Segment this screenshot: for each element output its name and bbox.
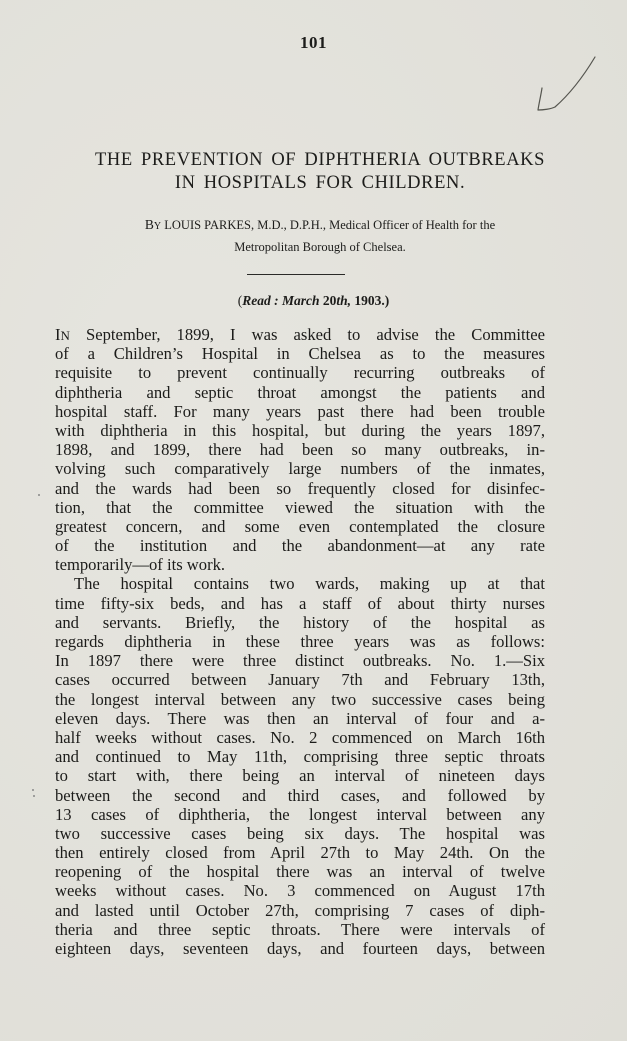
body-line: 13 cases of diphtheria, the longest inte… [55, 805, 545, 824]
body-line: In 1897 there were three distinct outbre… [55, 651, 545, 670]
body-line: of a Children’s Hospital in Chelsea as t… [55, 344, 545, 363]
byline-line-1: BY LOUIS PARKES, M.D., D.P.H., Medical O… [40, 215, 600, 237]
body-line: tion, that the committee viewed the situ… [55, 498, 545, 517]
body-line: IN September, 1899, I was asked to advis… [55, 325, 545, 344]
body-line: diphtheria and septic throat amongst the… [55, 383, 545, 402]
body-line: 1898, and 1899, there had been so many o… [55, 440, 545, 459]
read-label: Read : March [242, 293, 319, 308]
read-day: 20 [323, 293, 337, 308]
body-line: theria and three septic throats. There w… [55, 920, 545, 939]
title-line-1: THE PREVENTION OF DIPHTHERIA OUTBREAKS [40, 149, 600, 172]
byline-by-rest: Y [154, 221, 161, 232]
body-line: eighteen days, seventeen days, and fourt… [55, 939, 545, 958]
body-line: of the institution and the abandonment—a… [55, 536, 545, 555]
body-line: weeks without cases. No. 3 commenced on … [55, 881, 545, 900]
byline-author: LOUIS PARKES, M.D., D.P.H., Medical Offi… [164, 218, 495, 232]
body-line: volving such comparatively large numbers… [55, 459, 545, 478]
read-year: 1903.) [354, 293, 389, 308]
body-line: half weeks without cases. No. 2 commence… [55, 728, 545, 747]
body-line: time fifty-six beds, and has a staff of … [55, 594, 545, 613]
handwritten-checkmark-icon [533, 55, 598, 115]
body-line: eleven days. There was then an interval … [55, 709, 545, 728]
body-line: and servants. Briefly, the history of th… [55, 613, 545, 632]
byline-line-2: Metropolitan Borough of Chelsea. [40, 237, 600, 257]
body-line: and lasted until October 27th, comprisin… [55, 901, 545, 920]
title-line-2: IN HOSPITALS FOR CHILDREN. [40, 172, 600, 195]
body-line: to start with, there being an interval o… [55, 766, 545, 785]
body-line: reopening of the hospital there was an i… [55, 862, 545, 881]
body-line: and continued to May 11th, comprising th… [55, 747, 545, 766]
read-date: (Read : March 20th, 1903.) [0, 293, 627, 309]
author-byline: BY LOUIS PARKES, M.D., D.P.H., Medical O… [40, 215, 600, 257]
body-line: between the second and third cases, and … [55, 786, 545, 805]
first-word-rest: N [61, 328, 70, 343]
body-line: requisite to prevent continually recurri… [55, 363, 545, 382]
paper-speck [33, 795, 35, 797]
body-line: The hospital contains two wards, making … [55, 574, 545, 593]
body-paragraphs: IN September, 1899, I was asked to advis… [55, 325, 545, 958]
body-line: the longest interval between any two suc… [55, 690, 545, 709]
body-line: greatest concern, and some even contempl… [55, 517, 545, 536]
article-title: THE PREVENTION OF DIPHTHERIA OUTBREAKS I… [40, 149, 600, 195]
body-line: two successive cases being six days. The… [55, 824, 545, 843]
paper-speck [38, 494, 40, 496]
read-day-suffix: th, [336, 293, 351, 308]
body-line: cases occurred between January 7th and F… [55, 670, 545, 689]
body-line: regards diphtheria in these three years … [55, 632, 545, 651]
section-divider [247, 274, 345, 275]
body-line: with diphtheria in this hospital, but du… [55, 421, 545, 440]
body-line: hospital staff. For many years past ther… [55, 402, 545, 421]
byline-by-initial: B [145, 217, 154, 232]
paper-speck [32, 789, 34, 791]
page-number: 101 [0, 33, 627, 53]
body-line: and the wards had been so frequently clo… [55, 479, 545, 498]
body-line: temporarily—of its work. [55, 555, 545, 574]
body-line: then entirely closed from April 27th to … [55, 843, 545, 862]
